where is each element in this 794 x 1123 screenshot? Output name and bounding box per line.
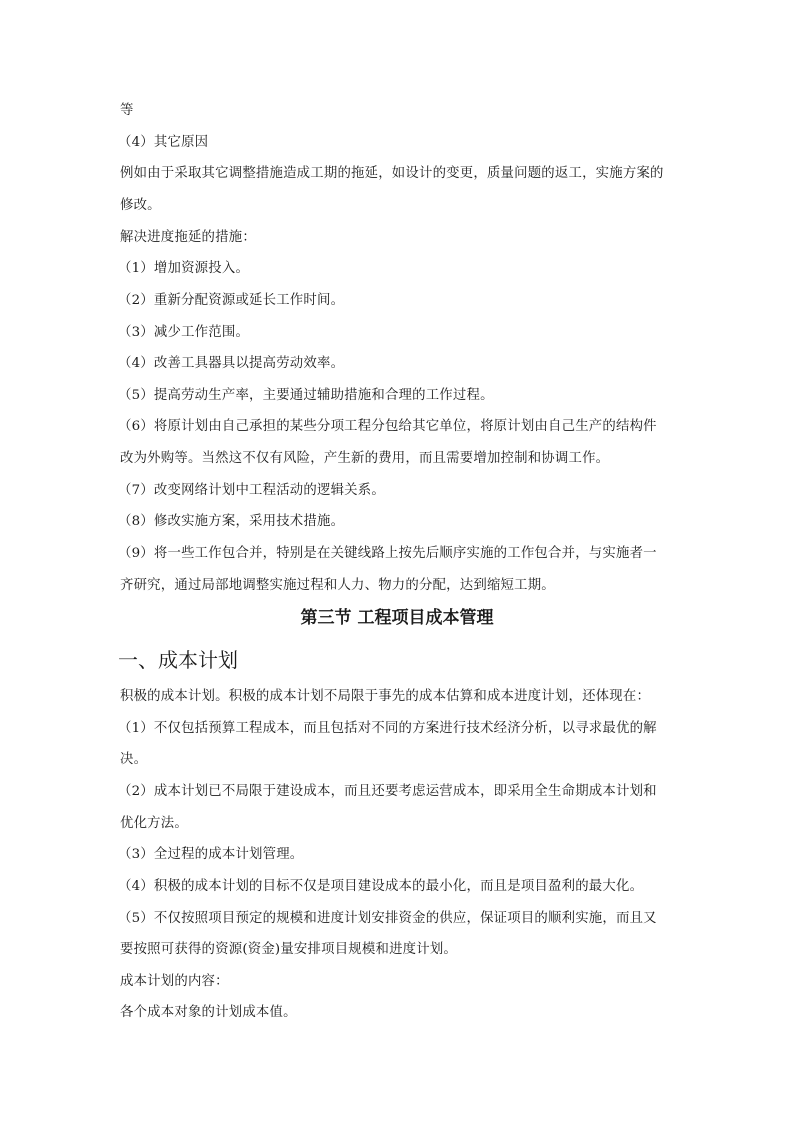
paragraph-line: 决。: [120, 750, 680, 770]
paragraph-line: 等: [120, 101, 680, 121]
paragraph-line: 优化方法。: [120, 814, 680, 834]
paragraph-line: 修改。: [120, 196, 680, 216]
list-item: （3）全过程的成本计划管理。: [118, 845, 678, 865]
list-item: （2）重新分配资源或延长工作时间。: [118, 291, 678, 311]
list-item: （7）改变网络计划中工程活动的逻辑关系。: [118, 481, 678, 501]
list-item: （4）改善工具器具以提高劳动效率。: [118, 354, 678, 374]
paragraph-line: 齐研究，通过局部地调整实施过程和人力、物力的分配，达到缩短工期。: [120, 576, 680, 596]
paragraph-line: 例如由于采取其它调整措施造成工期的拖延，如设计的变更，质量问题的返工，实施方案的: [120, 164, 680, 184]
paragraph-line: 各个成本对象的计划成本值。: [120, 1003, 680, 1023]
paragraph-line: 积极的成本计划。积极的成本计划不局限于事先的成本估算和成本进度计划，还体现在：: [120, 687, 680, 707]
document-page: 等 （4）其它原因 例如由于采取其它调整措施造成工期的拖延，如设计的变更，质量问…: [0, 0, 794, 1123]
section-heading: 第三节 工程项目成本管理: [0, 606, 794, 630]
list-item: （3）减少工作范围。: [118, 323, 678, 343]
list-item: （4）积极的成本计划的目标不仅是项目建设成本的最小化，而且是项目盈利的最大化。: [118, 877, 678, 897]
list-item: （1）不仅包括预算工程成本，而且包括对不同的方案进行技术经济分析，以寻求最优的解: [118, 719, 678, 739]
list-item: （5）提高劳动生产率，主要通过辅助措施和合理的工作过程。: [118, 386, 678, 406]
list-item: （8）修改实施方案，采用技术措施。: [118, 512, 678, 532]
list-item: （5）不仅按照项目预定的规模和进度计划安排资金的供应，保证项目的顺利实施，而且又: [118, 909, 678, 929]
paragraph-line: 要按照可获得的资源(资金)量安排项目规模和进度计划。: [120, 940, 680, 960]
paragraph-line: 成本计划的内容：: [120, 972, 680, 992]
sub-heading: 一、成本计划: [118, 646, 238, 674]
list-item: （2）成本计划已不局限于建设成本，而且还要考虑运营成本，即采用全生命期成本计划和: [118, 782, 678, 802]
paragraph-line: 改为外购等。当然这不仅有风险，产生新的费用，而且需要增加控制和协调工作。: [120, 449, 680, 469]
list-item: （9）将一些工作包合并，特别是在关键线路上按先后顺序实施的工作包合并，与实施者一: [118, 544, 678, 564]
list-item: （1）增加资源投入。: [118, 259, 678, 279]
list-item: （4）其它原因: [118, 133, 678, 153]
paragraph-line: 解决进度拖延的措施：: [120, 228, 680, 248]
list-item: （6）将原计划由自己承担的某些分项工程分包给其它单位，将原计划由自己生产的结构件: [118, 417, 678, 437]
